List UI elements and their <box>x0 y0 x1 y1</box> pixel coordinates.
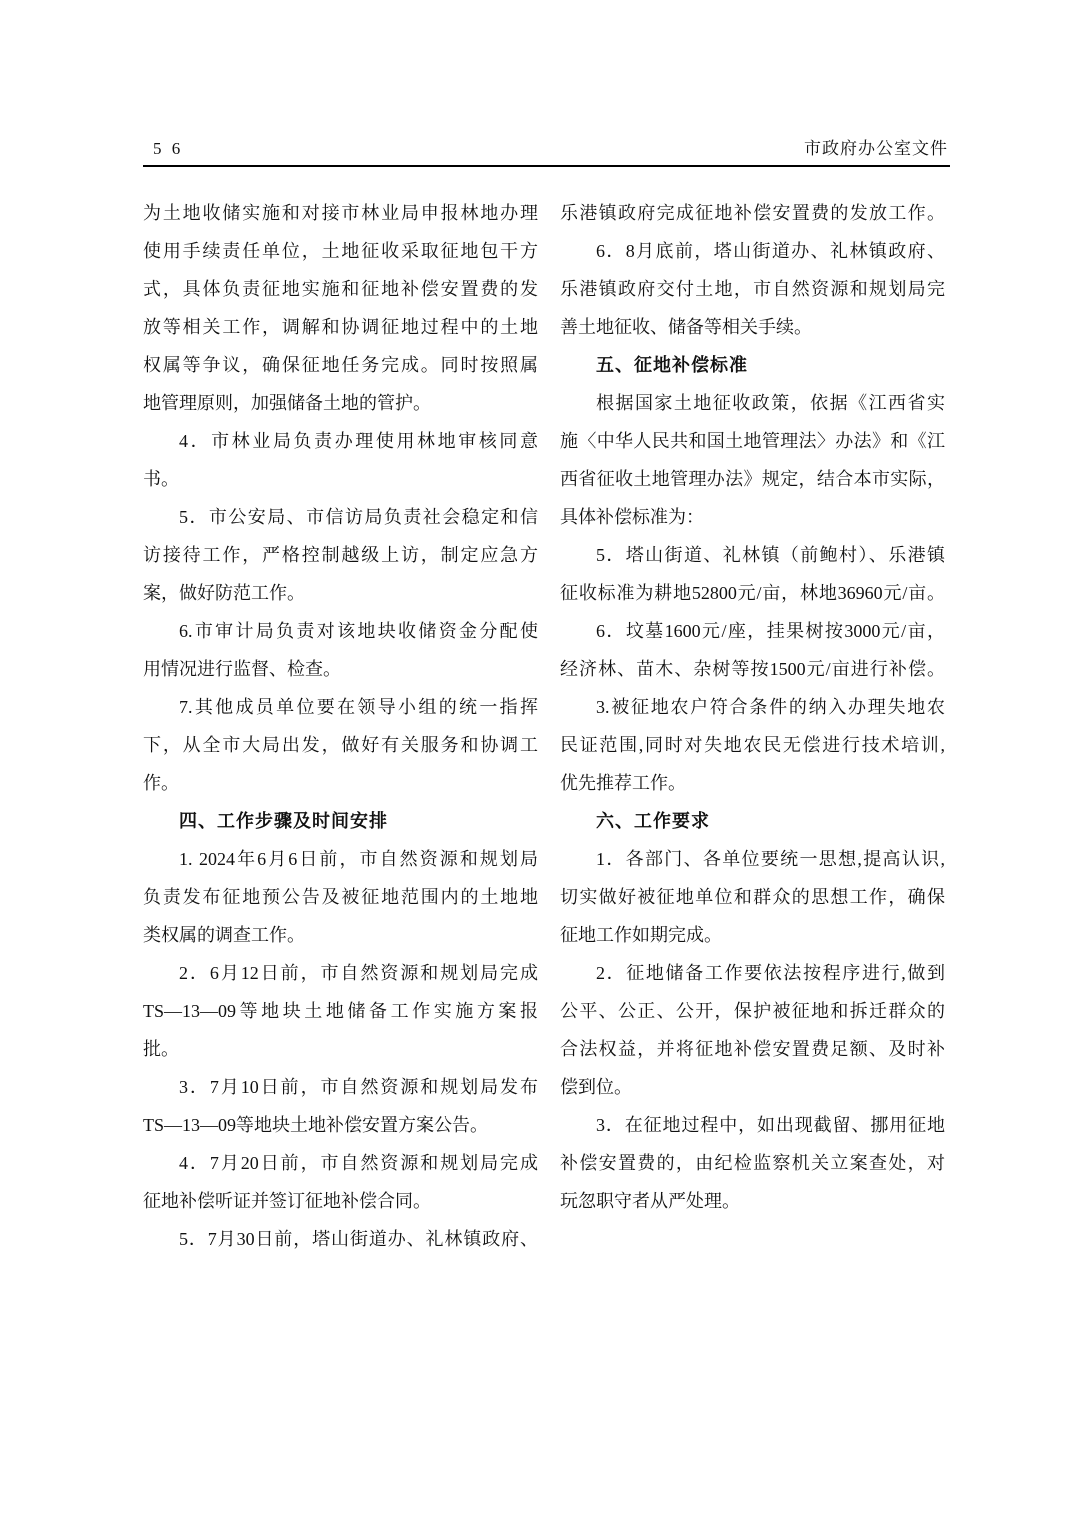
text-line: 公平、公正、公开，保护被征地和拆迁群众的 <box>560 992 945 1030</box>
column-right: 乐港镇政府完成征地补偿安置费的发放工作。6．8月底前，塔山街道办、礼林镇政府、乐… <box>560 194 945 1258</box>
text-line: 负责发布征地预公告及被征地范围内的土地地 <box>143 878 538 916</box>
text-line: 批。 <box>143 1030 538 1068</box>
text-line: 玩忽职守者从严处理。 <box>560 1182 945 1220</box>
text-line: 类权属的调查工作。 <box>143 916 538 954</box>
text-line: 作。 <box>143 764 538 802</box>
text-line: 补偿安置费的，由纪检监察机关立案查处，对 <box>560 1144 945 1182</box>
text-line: 6．坟墓1600元/座，挂果树按3000元/亩， <box>560 612 945 650</box>
text-line: 案，做好防范工作。 <box>143 574 538 612</box>
text-line: 3．7月10日前，市自然资源和规划局发布 <box>143 1068 538 1106</box>
text-line: 2．征地储备工作要依法按程序进行,做到 <box>560 954 945 992</box>
section-heading: 五、征地补偿标准 <box>560 346 945 384</box>
text-line: 2．6月12日前，市自然资源和规划局完成 <box>143 954 538 992</box>
text-line: 乐港镇政府完成征地补偿安置费的发放工作。 <box>560 194 945 232</box>
text-line: 式，具体负责征地实施和征地补偿安置费的发 <box>143 270 538 308</box>
text-line: 4．市林业局负责办理使用林地审核同意 <box>143 422 538 460</box>
text-line: 3.被征地农户符合条件的纳入办理失地农 <box>560 688 945 726</box>
text-line: 6．8月底前，塔山街道办、礼林镇政府、 <box>560 232 945 270</box>
text-line: 4．7月20日前，市自然资源和规划局完成 <box>143 1144 538 1182</box>
text-line: 经济林、苗木、杂树等按1500元/亩进行补偿。 <box>560 650 945 688</box>
column-left: 为土地收储实施和对接市林业局申报林地办理使用手续责任单位，土地征收采取征地包干方… <box>143 194 538 1258</box>
text-line: 用情况进行监督、检查。 <box>143 650 538 688</box>
text-line: 优先推荐工作。 <box>560 764 945 802</box>
text-line: 1．各部门、各单位要统一思想,提高认识, <box>560 840 945 878</box>
text-line: 6.市审计局负责对该地块收储资金分配使 <box>143 612 538 650</box>
text-line: 偿到位。 <box>560 1068 945 1106</box>
text-line: 乐港镇政府交付土地，市自然资源和规划局完 <box>560 270 945 308</box>
text-line: 西省征收土地管理办法》规定，结合本市实际， <box>560 460 945 498</box>
text-line: TS—13—09等地块土地补偿安置方案公告。 <box>143 1106 538 1144</box>
text-line: 放等相关工作，调解和协调征地过程中的土地 <box>143 308 538 346</box>
section-heading: 四、工作步骤及时间安排 <box>143 802 538 840</box>
text-line: 根据国家土地征收政策，依据《江西省实 <box>560 384 945 422</box>
page-header: 5 6 市政府办公室文件 <box>143 138 948 160</box>
text-line: 权属等争议，确保征地任务完成。同时按照属 <box>143 346 538 384</box>
text-line: 善土地征收、储备等相关手续。 <box>560 308 945 346</box>
text-line: 书。 <box>143 460 538 498</box>
text-line: 7.其他成员单位要在领导小组的统一指挥 <box>143 688 538 726</box>
text-line: 5．7月30日前，塔山街道办、礼林镇政府、 <box>143 1220 538 1258</box>
text-line: 合法权益，并将征地补偿安置费足额、及时补 <box>560 1030 945 1068</box>
text-line: 5．市公安局、市信访局负责社会稳定和信 <box>143 498 538 536</box>
document-body: 为土地收储实施和对接市林业局申报林地办理使用手续责任单位，土地征收采取征地包干方… <box>143 194 945 1258</box>
section-heading: 六、工作要求 <box>560 802 945 840</box>
text-line: 1. 2024年6月6日前，市自然资源和规划局 <box>143 840 538 878</box>
text-line: 具体补偿标准为： <box>560 498 945 536</box>
text-line: 征收标准为耕地52800元/亩，林地36960元/亩。 <box>560 574 945 612</box>
text-line: 下，从全市大局出发，做好有关服务和协调工 <box>143 726 538 764</box>
text-line: 征地工作如期完成。 <box>560 916 945 954</box>
text-line: 切实做好被征地单位和群众的思想工作，确保 <box>560 878 945 916</box>
header-rule <box>143 165 950 167</box>
text-line: 地管理原则，加强储备土地的管护。 <box>143 384 538 422</box>
text-line: 为土地收储实施和对接市林业局申报林地办理 <box>143 194 538 232</box>
text-line: 访接待工作，严格控制越级上访，制定应急方 <box>143 536 538 574</box>
text-line: 使用手续责任单位，土地征收采取征地包干方 <box>143 232 538 270</box>
text-line: 3．在征地过程中，如出现截留、挪用征地 <box>560 1106 945 1144</box>
text-line: 施〈中华人民共和国土地管理法〉办法》和《江 <box>560 422 945 460</box>
document-page: 5 6 市政府办公室文件 为土地收储实施和对接市林业局申报林地办理使用手续责任单… <box>0 0 1074 1520</box>
text-line: TS—13—09等地块土地储备工作实施方案报 <box>143 992 538 1030</box>
page-number: 5 6 <box>143 138 183 160</box>
text-line: 5．塔山街道、礼林镇（前鲍村）、乐港镇 <box>560 536 945 574</box>
text-line: 征地补偿听证并签订征地补偿合同。 <box>143 1182 538 1220</box>
doc-type-label: 市政府办公室文件 <box>804 138 948 160</box>
text-line: 民证范围,同时对失地农民无偿进行技术培训, <box>560 726 945 764</box>
